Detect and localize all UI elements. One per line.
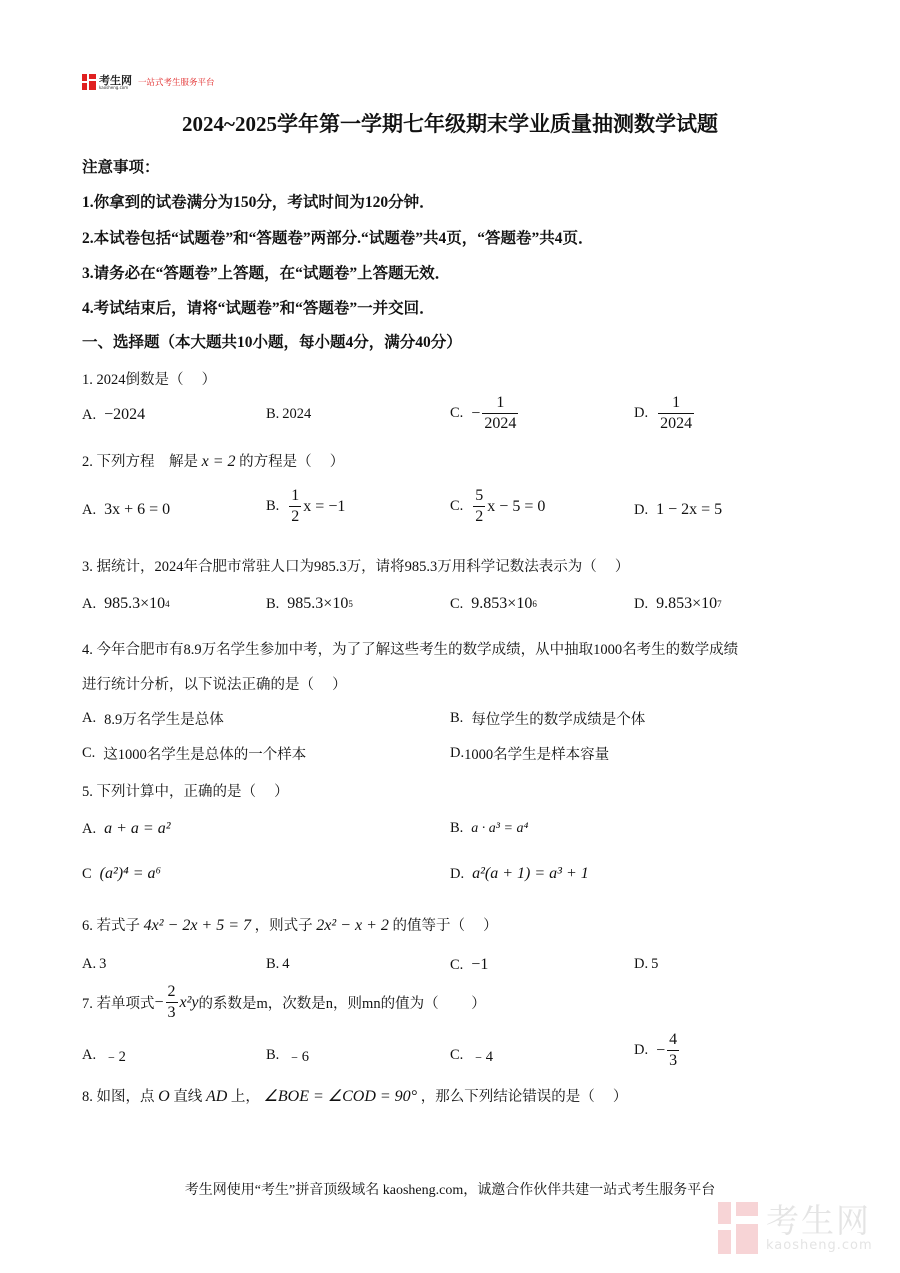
option-b: B. a · a³ = a⁴: [450, 820, 528, 837]
option-a: A. 3x + 6 = 0: [82, 501, 170, 519]
option-b: B. 每位学生的数学成绩是个体: [450, 708, 645, 729]
option-a: A. ﹣2: [82, 1045, 126, 1066]
notice-item: 3.请务必在“答题卷”上答题，在“试题卷”上答题无效．: [82, 261, 450, 283]
option-b: B. 2024: [266, 406, 311, 423]
option-a: A. −2024: [82, 406, 145, 424]
option-a: A. 3: [82, 956, 106, 973]
option-d: D. 1 2024: [634, 395, 696, 432]
question-stem: 7. 若单项式 − 2 3 x²y 的系数是m，次数是n，则mn的值为（ ）: [82, 984, 486, 1021]
notice-item: 1.你拿到的试卷满分为150分，考试时间为120分钟．: [82, 190, 435, 212]
option-c: C (a²)⁴ = a⁶: [82, 865, 161, 883]
option-c: C. −1: [450, 956, 488, 974]
option-b: B. ﹣6: [266, 1045, 309, 1066]
watermark-mark-icon: [718, 1202, 758, 1254]
option-c: C. − 1 2024: [450, 395, 520, 432]
option-b: B. 1 2 x = −1: [266, 488, 345, 525]
page-footer: 考生网使用“考生”拼音顶级域名 kaosheng.com，诚邀合作伙伴共建一站式…: [0, 1179, 900, 1199]
watermark-logo: 考生网 kaosheng.com: [718, 1202, 873, 1254]
option-a: A. 8.9万名学生是总体: [82, 708, 224, 729]
logo-name: 考生网: [99, 75, 132, 86]
question-stem: 2. 下列方程 解是 x = 2 的方程是（ ）: [82, 450, 344, 471]
option-b: B. 985.3×105: [266, 595, 353, 613]
option-d: D. − 4 3: [634, 1032, 681, 1069]
section-heading: 一、选择题（本大题共10小题，每小题4分，满分40分）: [82, 330, 462, 352]
option-c: C. 这1000名学生是总体的一个样本: [82, 743, 306, 764]
option-c: C. ﹣4: [450, 1045, 493, 1066]
option-d: D. 1000名学生是样本容量: [450, 743, 609, 764]
question-stem: 4. 今年合肥市有8.9万名学生参加中考，为了了解这些考生的数学成绩，从中抽取1…: [82, 638, 738, 659]
option-c: C. 5 2 x − 5 = 0: [450, 488, 545, 525]
option-c: C. 9.853×106: [450, 595, 537, 613]
logo-mark-icon: [82, 74, 96, 90]
fraction: 1 2024: [482, 395, 518, 432]
option-d: D. 9.853×107: [634, 595, 722, 613]
watermark-domain: kaosheng.com: [766, 1239, 873, 1252]
question-stem: 3. 据统计，2024年合肥市常驻人口为985.3万，请将985.3万用科学记数…: [82, 555, 629, 576]
site-logo: 考生网 kaosheng.com 一站式考生服务平台: [82, 72, 215, 92]
question-stem-continued: 进行统计分析，以下说法正确的是（ ）: [82, 673, 347, 694]
fraction: 5 2: [473, 488, 485, 525]
option-a: A. 985.3×104: [82, 595, 170, 613]
logo-domain: kaosheng.com: [99, 86, 132, 90]
logo-slogan: 一站式考生服务平台: [138, 76, 215, 88]
question-stem: 8. 如图，点 O 直线 AD 上， ∠BOE = ∠COD = 90° ，那么…: [82, 1085, 627, 1106]
fraction: 2 3: [166, 984, 178, 1021]
question-stem: 1. 2024倒数是（ ）: [82, 368, 216, 389]
question-stem: 5. 下列计算中，正确的是（ ）: [82, 780, 289, 801]
notice-item: 2.本试卷包括“试题卷”和“答题卷”两部分.“试题卷”共4页，“答题卷”共4页．: [82, 226, 594, 248]
watermark-name: 考生网: [766, 1204, 873, 1237]
option-d: D. 5: [634, 956, 658, 973]
option-b: B. 4: [266, 956, 290, 973]
fraction: 4 3: [667, 1032, 679, 1069]
option-d: D. a²(a + 1) = a³ + 1: [450, 865, 589, 883]
notice-item: 4.考试结束后，请将“试题卷”和“答题卷”一并交回．: [82, 296, 435, 318]
option-d: D. 1 − 2x = 5: [634, 501, 722, 519]
fraction: 1 2: [289, 488, 301, 525]
document-title: 2024~2025学年第一学期七年级期末学业质量抽测数学试题: [0, 108, 900, 138]
fraction: 1 2024: [658, 395, 694, 432]
option-a: A. a + a = a²: [82, 820, 171, 838]
question-stem: 6. 若式子 4x² − 2x + 5 = 7 ，则式子 2x² − x + 2…: [82, 914, 498, 935]
notice-heading: 注意事项：: [82, 155, 160, 177]
